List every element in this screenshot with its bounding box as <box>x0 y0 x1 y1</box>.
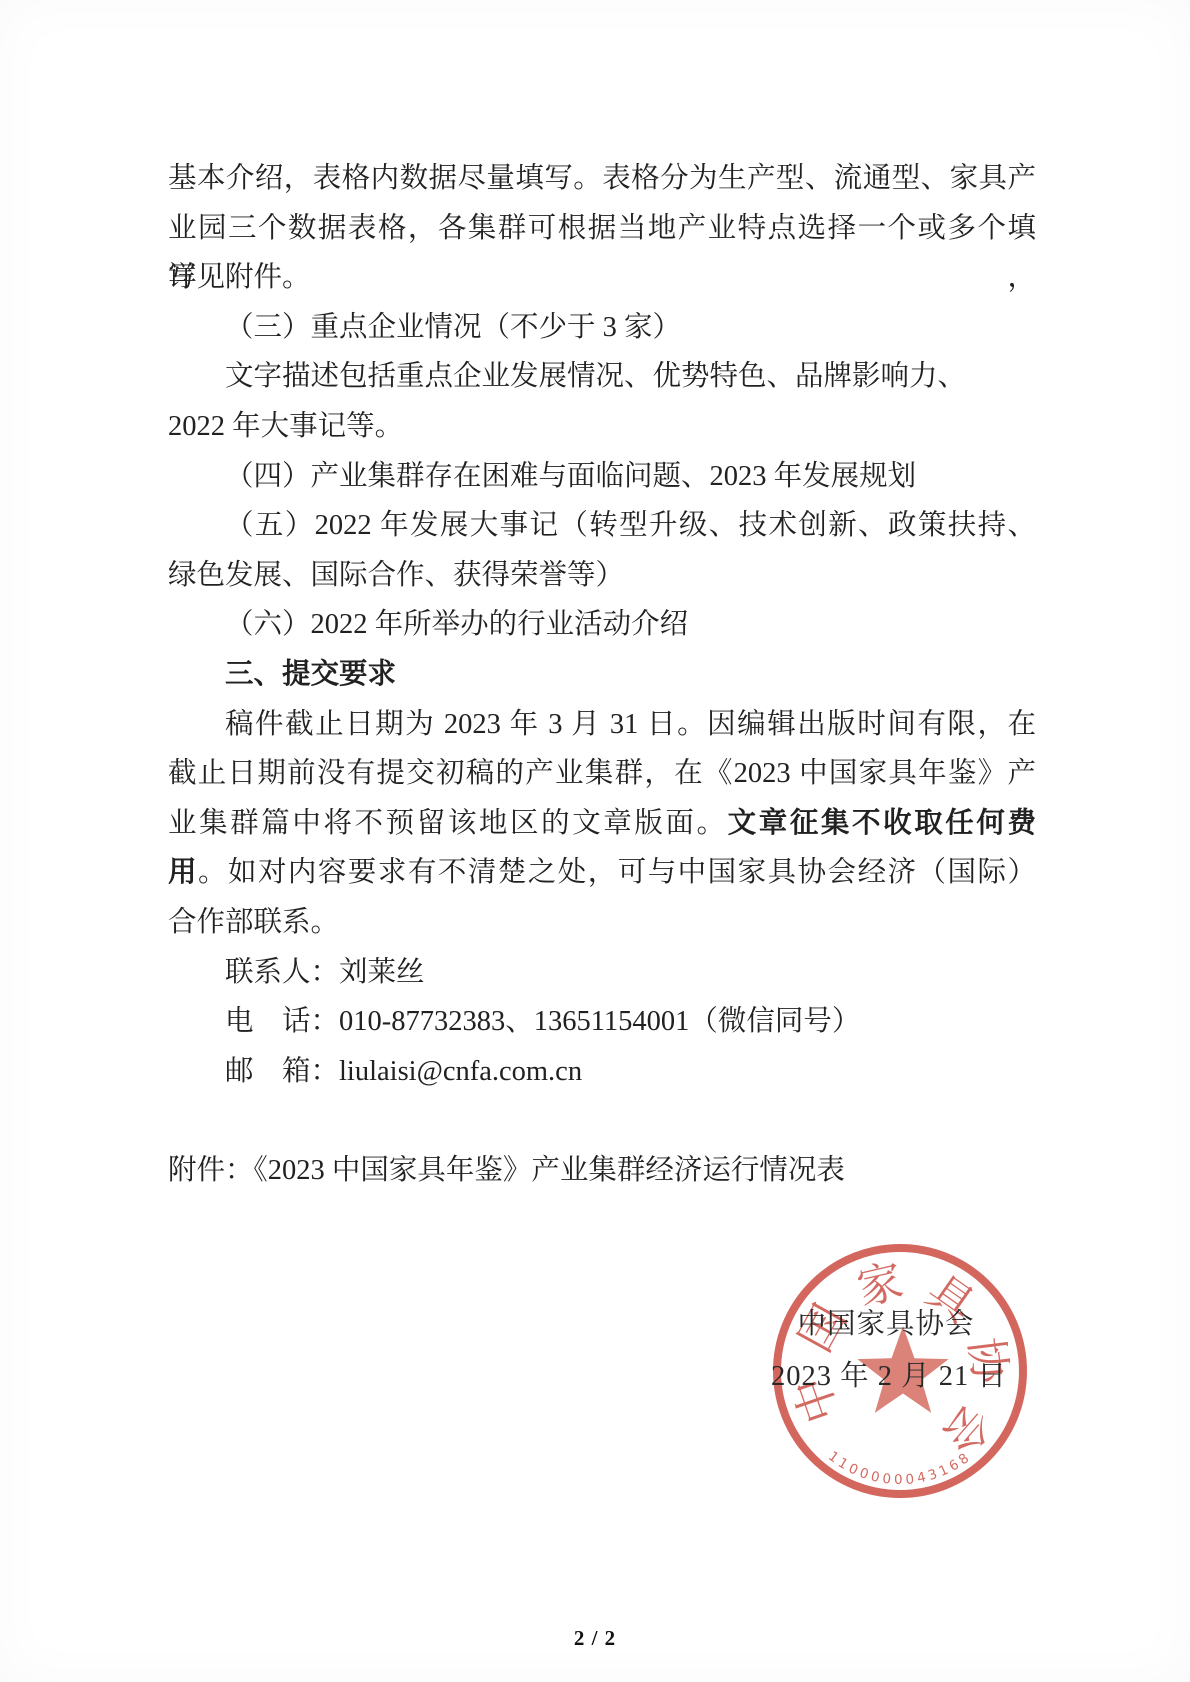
body-text: 。如对内容要求有不清楚之处，可与中国家具协会经济（国际） <box>198 857 1036 888</box>
contact-phone-line: 电 话：010-87732383、13651154001（微信同号） <box>168 997 1036 1047</box>
document-body: 基本介绍，表格内数据尽量填写。表格分为生产型、流通型、家具产 业园三个数据表格，… <box>168 154 1036 1195</box>
body-line: 合作部联系。 <box>168 898 1036 948</box>
contact-email-line: 邮 箱：liulaisi@cnfa.com.cn <box>168 1047 1036 1097</box>
attachment-line: 附件：《2023 中国家具年鉴》产业集群经济运行情况表 <box>168 1146 1036 1196</box>
body-line: 基本介绍，表格内数据尽量填写。表格分为生产型、流通型、家具产 <box>168 154 1036 204</box>
contact-person-line: 联系人：刘莱丝 <box>168 948 1036 998</box>
body-line: 业集群篇中将不预留该地区的文章版面。文章征集不收取任何费 <box>168 799 1036 849</box>
document-page: 基本介绍，表格内数据尽量填写。表格分为生产型、流通型、家具产 业园三个数据表格，… <box>0 0 1190 1682</box>
section-heading: 三、提交要求 <box>168 650 1036 700</box>
section-item-3: （三）重点企业情况（不少于 3 家） <box>168 303 1036 353</box>
issuer-name: 中国家具协会 <box>797 1308 974 1342</box>
emphasized-text: 文章征集不收取任何费 <box>728 808 1036 839</box>
blank-line <box>168 1096 1036 1146</box>
body-line: 截止日期前没有提交初稿的产业集群，在《2023 中国家具年鉴》产 <box>168 749 1036 799</box>
body-line: 绿色发展、国际合作、获得荣誉等） <box>168 551 1036 601</box>
body-line: 稿件截止日期为 2023 年 3 月 31 日。因编辑出版时间有限，在 <box>168 700 1036 750</box>
body-line: 用。如对内容要求有不清楚之处，可与中国家具协会经济（国际） <box>168 848 1036 898</box>
seal-ring-char: 家 <box>853 1256 908 1315</box>
issue-date: 2023 年 2 月 21 日 <box>771 1360 1007 1394</box>
page-number: 2 / 2 <box>0 1626 1190 1651</box>
body-text: 业集群篇中将不预留该地区的文章版面。 <box>168 808 728 839</box>
body-line: 文字描述包括重点企业发展情况、优势特色、品牌影响力、 <box>168 352 1036 402</box>
emphasized-text: 用 <box>168 857 198 888</box>
section-item-6: （六）2022 年所举办的行业活动介绍 <box>168 600 1036 650</box>
section-item-4: （四）产业集群存在困难与面临问题、2023 年发展规划 <box>168 452 1036 502</box>
section-item-5: （五）2022 年发展大事记（转型升级、技术创新、政策扶持、 <box>168 501 1036 551</box>
body-line: 业园三个数据表格，各集群可根据当地产业特点选择一个或多个填写， <box>168 204 1036 254</box>
body-line: 2022 年大事记等。 <box>168 402 1036 452</box>
